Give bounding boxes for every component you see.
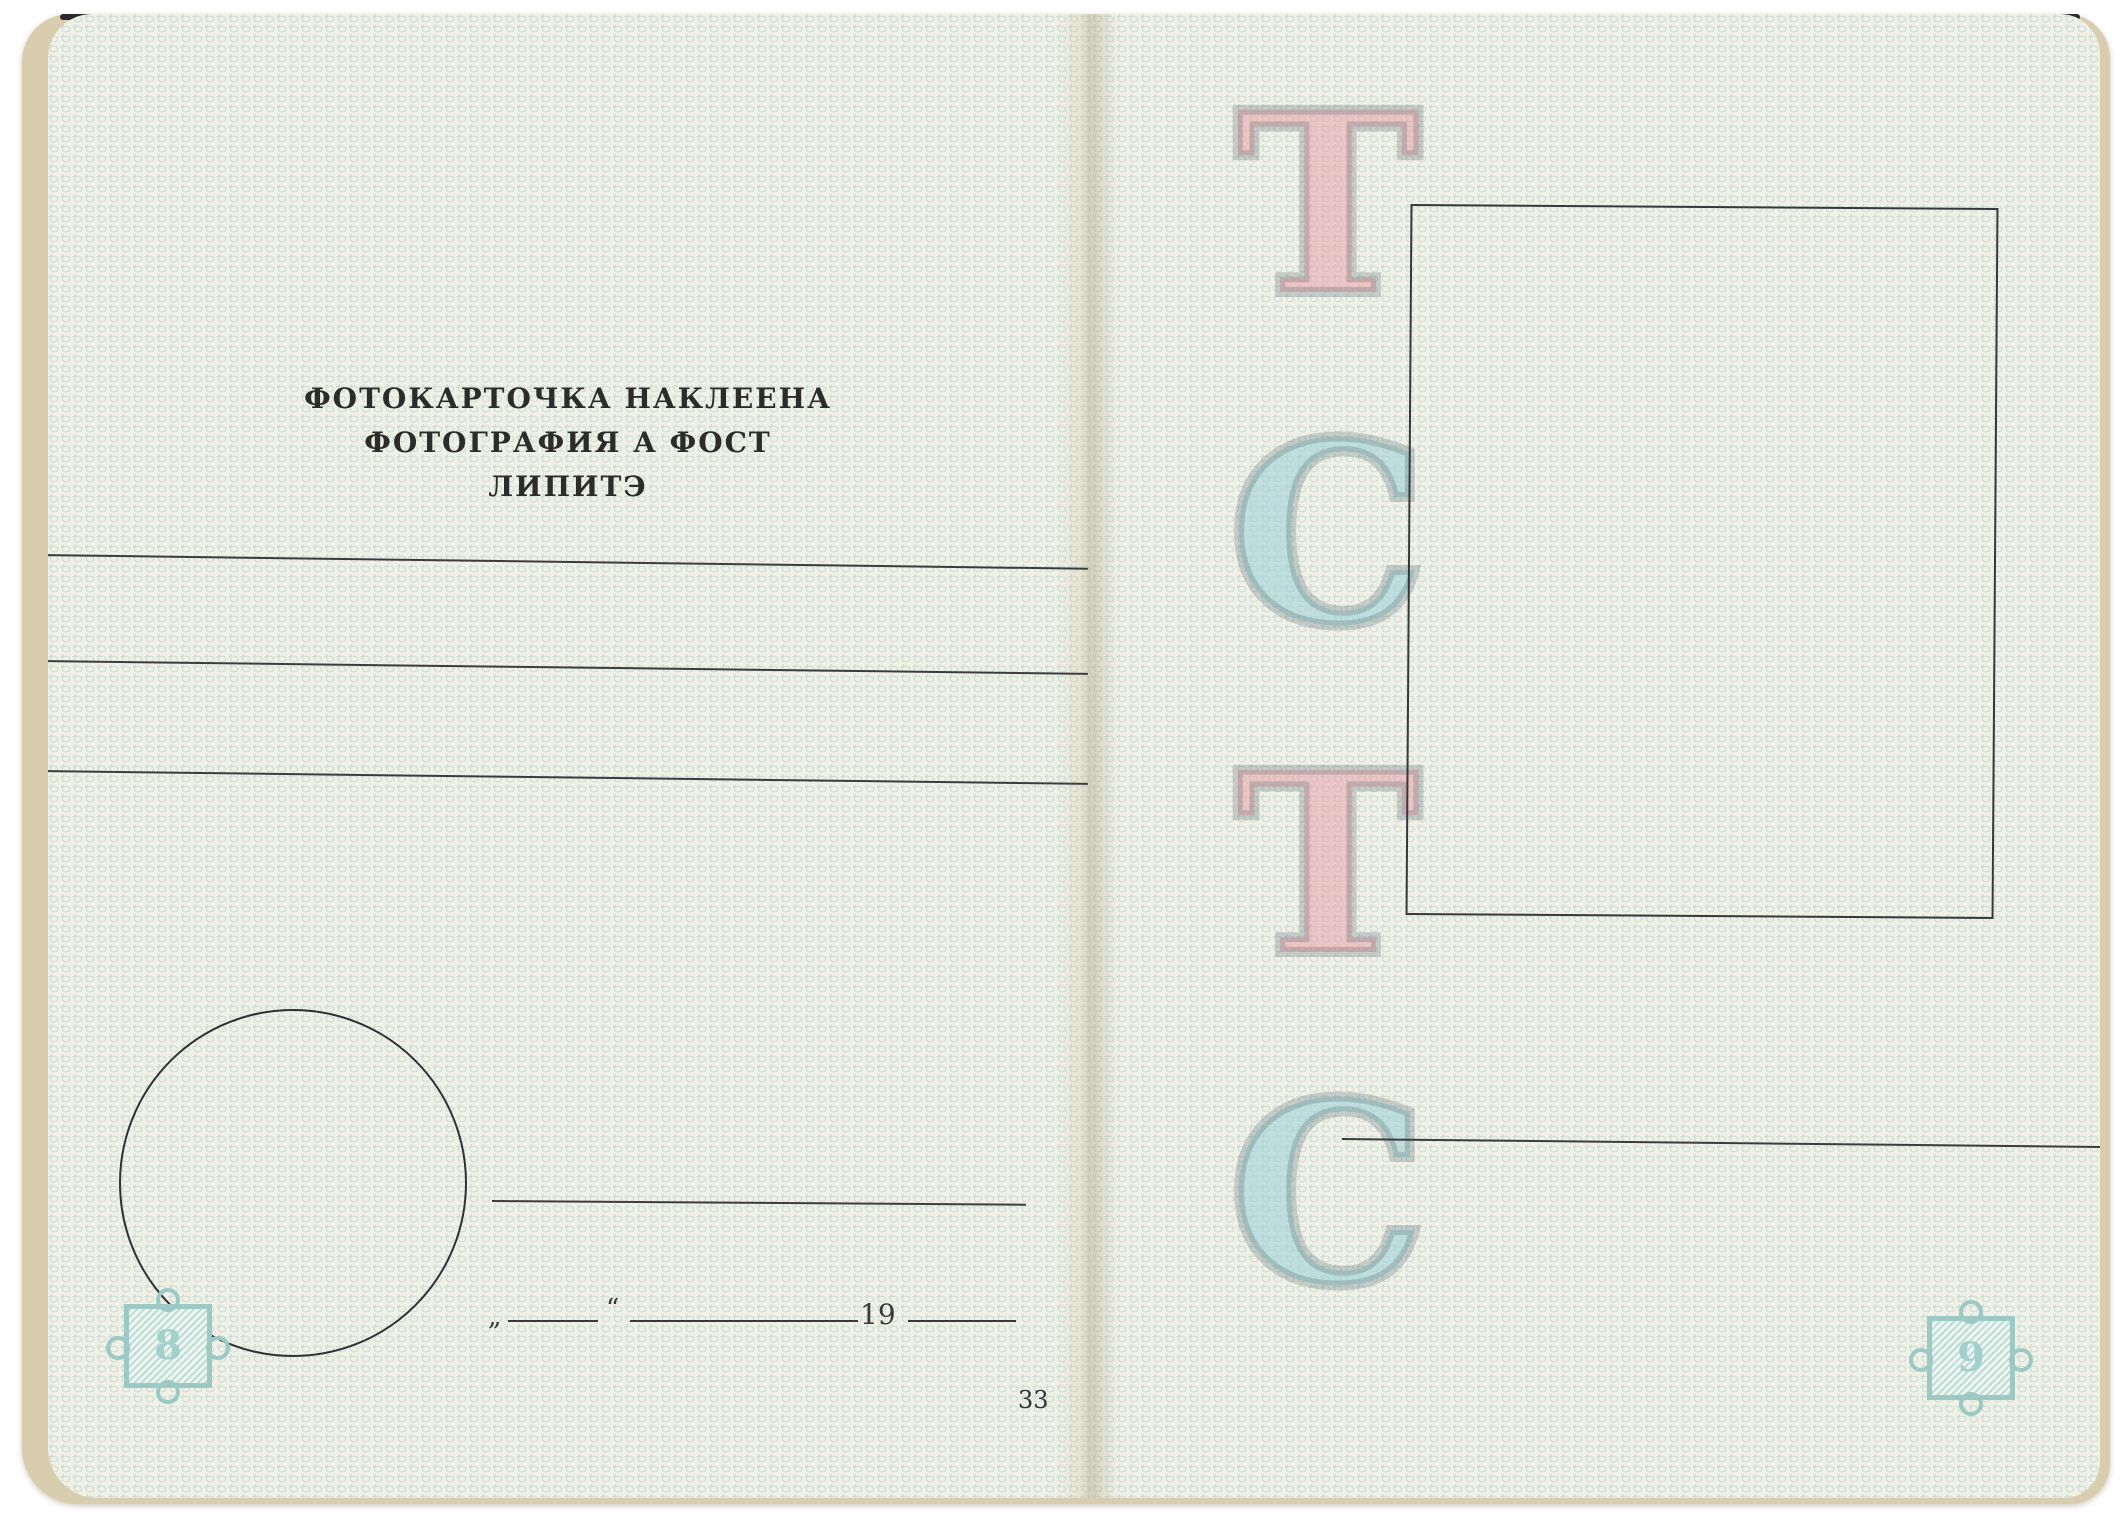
watermark-letter: С: [1218, 1064, 1438, 1324]
signature-line[interactable]: [492, 1200, 1026, 1206]
passport-spread: ФОТОКАРТОЧКА НАКЛЕЕНА ФОТОГРАФИЯ А ФОСТ …: [48, 14, 2100, 1498]
watermark-letter: С: [1218, 404, 1438, 664]
ornament-curl-icon: [1959, 1300, 1983, 1324]
ornament-curl-icon: [156, 1380, 180, 1404]
page-ornament-right: 9: [1913, 1304, 2033, 1414]
year-prefix: 19: [860, 1298, 896, 1331]
photo-frame[interactable]: [1406, 204, 1999, 919]
date-open-quote: „: [488, 1302, 501, 1332]
year-line: [908, 1320, 1016, 1322]
ornament-number: 9: [1913, 1334, 2029, 1381]
watermark-letter: Т: [1218, 74, 1438, 334]
day-line: [508, 1320, 598, 1322]
caption-moldovan: ФОТОГРАФИЯ А ФОСТ ЛИПИТЭ: [288, 421, 848, 509]
page-ornament-left: 8: [110, 1292, 230, 1402]
date-field[interactable]: „ “ 19: [488, 1296, 1048, 1336]
ornament-curl-icon: [156, 1288, 180, 1312]
left-page: ФОТОКАРТОЧКА НАКЛЕЕНА ФОТОГРАФИЯ А ФОСТ …: [48, 14, 1088, 1498]
date-close-quote: “: [606, 1294, 619, 1324]
page-number: 33: [1018, 1386, 1049, 1414]
entry-line-1: [48, 554, 1088, 570]
caption-russian: ФОТОКАРТОЧКА НАКЛЕЕНА: [288, 377, 848, 421]
right-page: Т С Т С 9: [1088, 14, 2100, 1498]
photo-caption: ФОТОКАРТОЧКА НАКЛЕЕНА ФОТОГРАФИЯ А ФОСТ …: [288, 377, 848, 509]
ornament-curl-icon: [1959, 1392, 1983, 1416]
entry-line-2: [48, 660, 1088, 675]
month-line: [630, 1320, 858, 1322]
ornament-number: 8: [110, 1322, 226, 1369]
entry-line-3: [48, 770, 1088, 785]
